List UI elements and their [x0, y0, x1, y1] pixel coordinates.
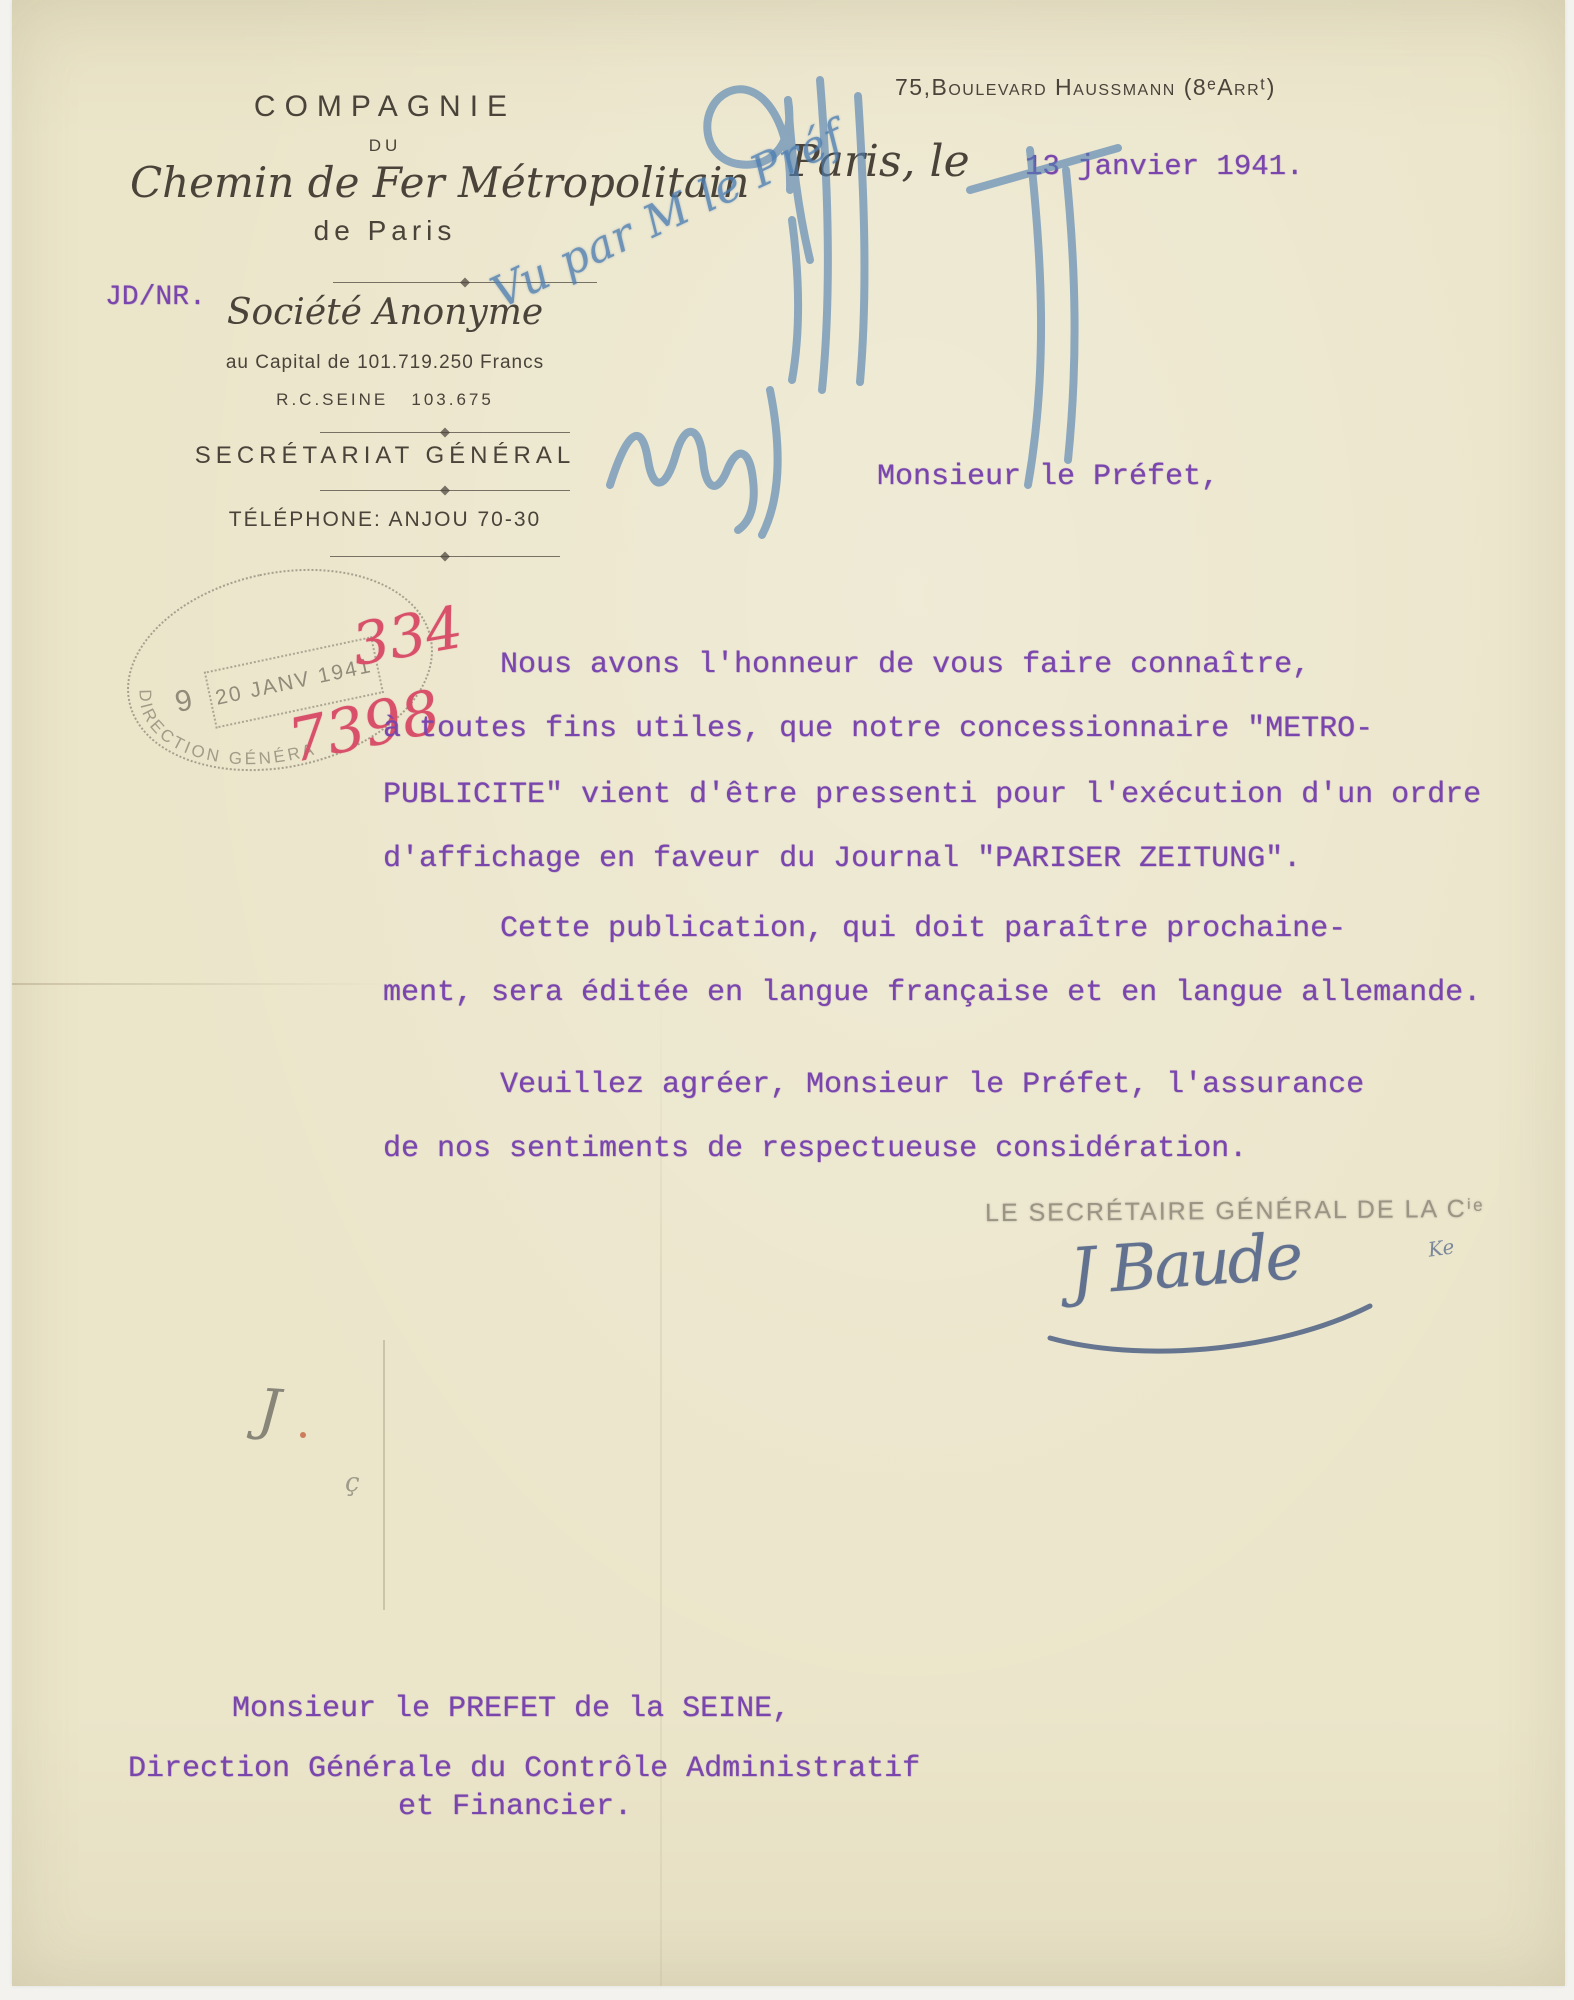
- recipient-line2: Direction Générale du Contrôle Administr…: [128, 1752, 920, 1786]
- pencil-initial: J: [256, 1377, 283, 1443]
- letter-body-line: de nos sentiments de respectueuse consid…: [383, 1132, 1247, 1166]
- letter-body-line: ment, sera éditée en langue française et…: [383, 976, 1481, 1010]
- secretary-hand-mark: Ke: [1426, 1234, 1455, 1261]
- letter-body-line: à toutes fins utiles, que notre concessi…: [383, 712, 1373, 746]
- salutation: Monsieur le Préfet,: [877, 460, 1219, 494]
- letter-body-line: d'affichage en faveur du Journal "PARISE…: [383, 842, 1301, 876]
- letter-body-line: PUBLICITE" vient d'être pressenti pour l…: [383, 778, 1481, 812]
- reference-initials: JD/NR.: [105, 282, 206, 313]
- letter-body-line: Nous avons l'honneur de vous faire conna…: [500, 648, 1310, 682]
- signature-flourish: [1040, 1296, 1390, 1366]
- recipient-line1: Monsieur le PREFET de la SEINE,: [232, 1692, 790, 1726]
- pencil-dot: [300, 1432, 306, 1438]
- secretary-title-stamp: LE SECRÉTAIRE GÉNÉRAL DE LA Cⁱᵉ: [985, 1194, 1485, 1228]
- letter-body-line: Cette publication, qui doit paraître pro…: [500, 912, 1346, 946]
- letter-body-line: Veuillez agréer, Monsieur le Préfet, l'a…: [500, 1068, 1364, 1102]
- pencil-hook: ç: [345, 1468, 360, 1498]
- recipient-line3: et Financier.: [398, 1790, 632, 1824]
